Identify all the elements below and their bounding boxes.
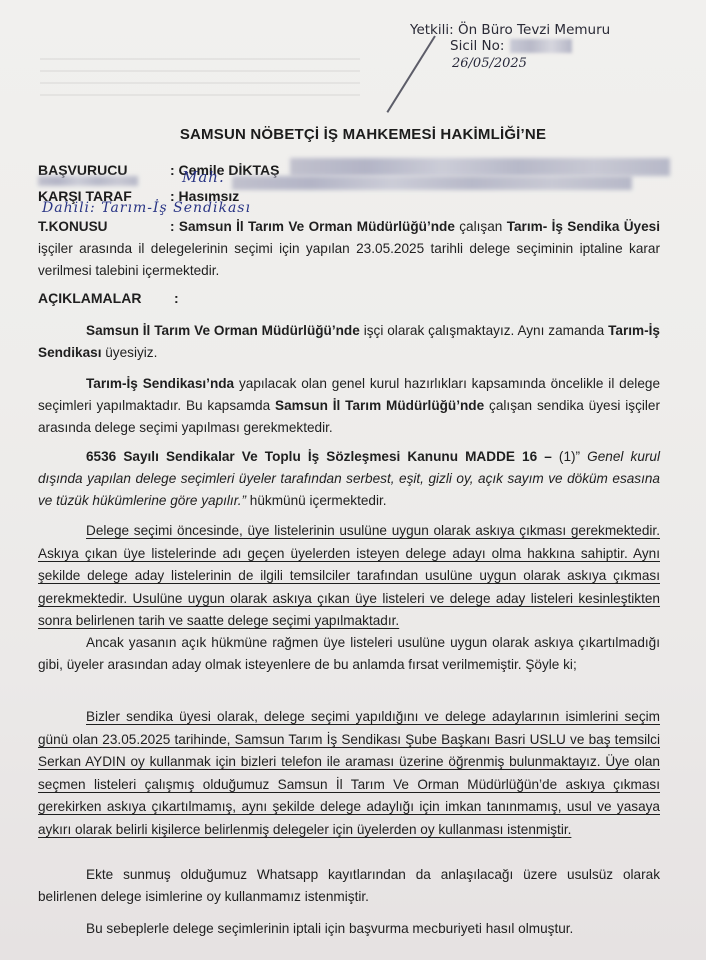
paragraph-6-underlined: Bizler sendika üyesi olarak, delege seçi… [38, 706, 660, 841]
explanations-colon: : [174, 290, 179, 306]
paragraph-3-law-quote: 6536 Sayılı Sendikalar Ve Toplu İş Sözle… [38, 446, 660, 512]
stamp-handwritten-date: 26/05/2025 [410, 56, 670, 72]
p3-text-1: (1)” [552, 449, 587, 464]
redacted-address-2 [38, 176, 138, 186]
p1-text-2: üyesiyiz. [101, 345, 157, 360]
paragraph-4-underlined: Delege seçimi öncesinde, üye listelerini… [38, 520, 660, 633]
stamp-registry-label: Sicil No: [450, 38, 504, 54]
handwritten-address: Mah. [182, 168, 225, 186]
p1-bold-1: Samsun İl Tarım Ve Orman Müdürlüğü’nde [86, 323, 360, 338]
registry-stamp: Yetkili: Ön Büro Tevzi Memuru Sicil No: … [410, 22, 670, 72]
paragraph-8: Bu sebeplerle delege seçimlerinin iptali… [38, 918, 660, 940]
handwritten-opponent-note: Dahili: Tarım-İş Sendikası [42, 200, 251, 216]
court-title: SAMSUN NÖBETÇİ İŞ MAHKEMESİ HAKİMLİĞİ’NE [0, 126, 706, 143]
p3-law-reference: 6536 Sayılı Sendikalar Ve Toplu İş Sözle… [86, 449, 552, 464]
paragraph-7: Ekte sunmuş olduğumuz Whatsapp kayıtları… [38, 864, 660, 908]
p2-bold-1: Tarım-İş Sendikası’nda [86, 376, 234, 391]
paragraph-2: Tarım-İş Sendikası’nda yapılacak olan ge… [38, 373, 660, 439]
subject-text-1: çalışan [455, 219, 507, 234]
p1-text-1: işçi olarak çalışmaktayız. Aynı zamanda [360, 323, 608, 338]
subject-label: T.KONUSU [38, 216, 170, 238]
subject-bold-2: Tarım- İş Sendika Üyesi [507, 219, 660, 234]
explanations-heading: AÇIKLAMALAR : [38, 290, 141, 306]
explanations-label: AÇIKLAMALAR [38, 290, 141, 306]
redacted-address-3 [232, 176, 632, 190]
paragraph-5: Ancak yasanın açık hükmüne rağmen üye li… [38, 632, 660, 676]
p3-text-2: hükmünü içermektedir. [246, 493, 387, 508]
subject-text-2: işçiler arasında il delegelerinin seçimi… [38, 241, 660, 278]
stamp-officer-line: Yetkili: Ön Büro Tevzi Memuru [410, 22, 670, 38]
subject-block: T.KONUSU: Samsun İl Tarım Ve Orman Müdür… [38, 216, 660, 282]
redacted-address-1 [290, 158, 670, 176]
p2-bold-2: Samsun İl Tarım Müdürlüğü’nde [275, 398, 484, 413]
document-page: Yetkili: Ön Büro Tevzi Memuru Sicil No: … [0, 0, 706, 960]
subject-bold-1: : Samsun İl Tarım Ve Orman Müdürlüğü’nde [170, 219, 455, 234]
stamp-registry-line: Sicil No: [410, 38, 670, 54]
paragraph-1: Samsun İl Tarım Ve Orman Müdürlüğü’nde i… [38, 320, 660, 364]
bleed-through-text [40, 58, 360, 98]
redacted-registry-number [510, 39, 572, 53]
